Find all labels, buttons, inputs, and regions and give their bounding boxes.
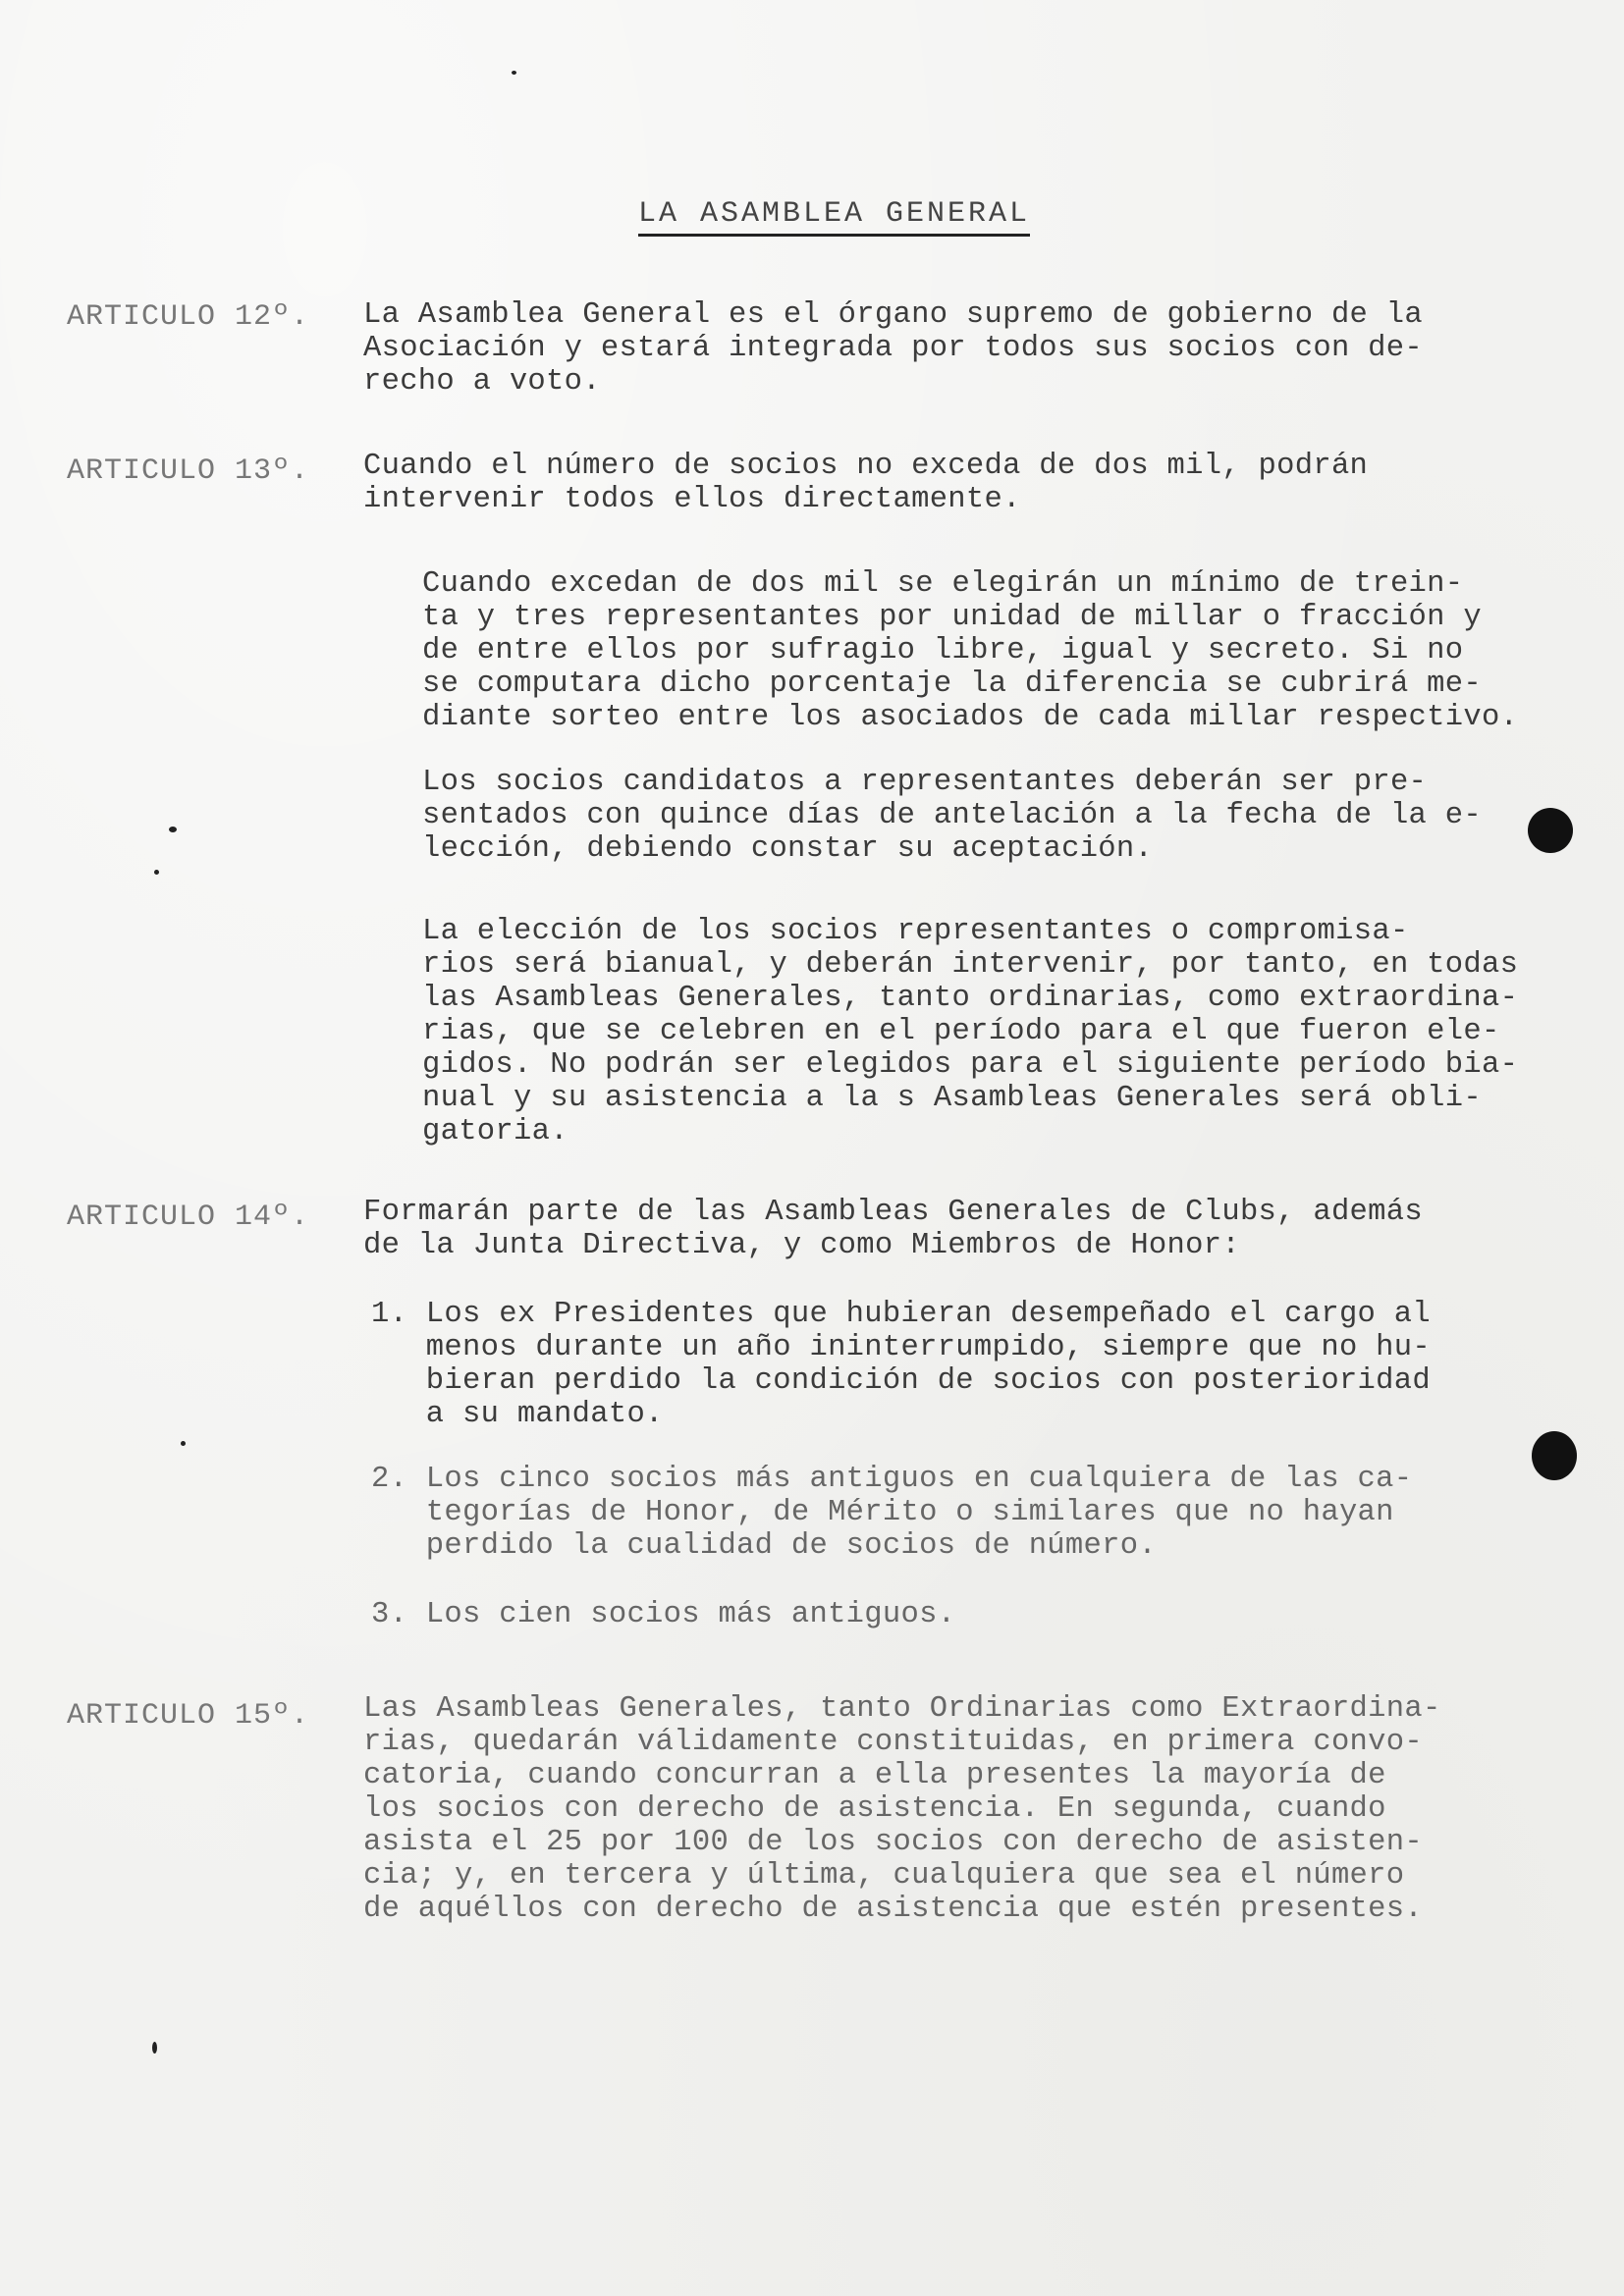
- article-12-label: ARTICULO 12º.: [67, 299, 309, 335]
- article-15-label: ARTICULO 15º.: [67, 1698, 309, 1734]
- page-title: LA ASAMBLEA GENERAL: [638, 196, 1030, 237]
- punch-hole-icon: [1528, 808, 1573, 853]
- article-13-label: ARTICULO 13º.: [67, 454, 309, 489]
- article-13-paragraph-4: La elección de los socios representantes…: [422, 915, 1518, 1148]
- ink-speck-icon: [152, 2042, 157, 2054]
- punch-hole-icon: [1532, 1431, 1577, 1480]
- scanned-page: LA ASAMBLEA GENERAL ARTICULO 12º. La Asa…: [0, 0, 1624, 2296]
- article-14-item-1: 1. Los ex Presidentes que hubieran desem…: [371, 1298, 1431, 1431]
- article-13-paragraph-3: Los socios candidatos a representantes d…: [422, 766, 1482, 866]
- article-13-paragraph-2: Cuando excedan de dos mil se elegirán un…: [422, 567, 1518, 734]
- article-14-item-2: 2. Los cinco socios más antiguos en cual…: [371, 1463, 1412, 1563]
- ink-speck-icon: [181, 1441, 186, 1446]
- article-14-item-3: 3. Los cien socios más antiguos.: [371, 1598, 955, 1631]
- article-15-paragraph-1: Las Asambleas Generales, tanto Ordinaria…: [363, 1692, 1441, 1926]
- article-13-paragraph-1: Cuando el número de socios no exceda de …: [363, 450, 1368, 516]
- ink-speck-icon: [169, 827, 177, 832]
- article-12-paragraph-1: La Asamblea General es el órgano supremo…: [363, 298, 1423, 399]
- ink-speck-icon: [154, 870, 159, 875]
- article-14-paragraph-1: Formarán parte de las Asambleas Generale…: [363, 1196, 1423, 1262]
- article-14-label: ARTICULO 14º.: [67, 1200, 309, 1235]
- ink-speck-icon: [512, 71, 516, 75]
